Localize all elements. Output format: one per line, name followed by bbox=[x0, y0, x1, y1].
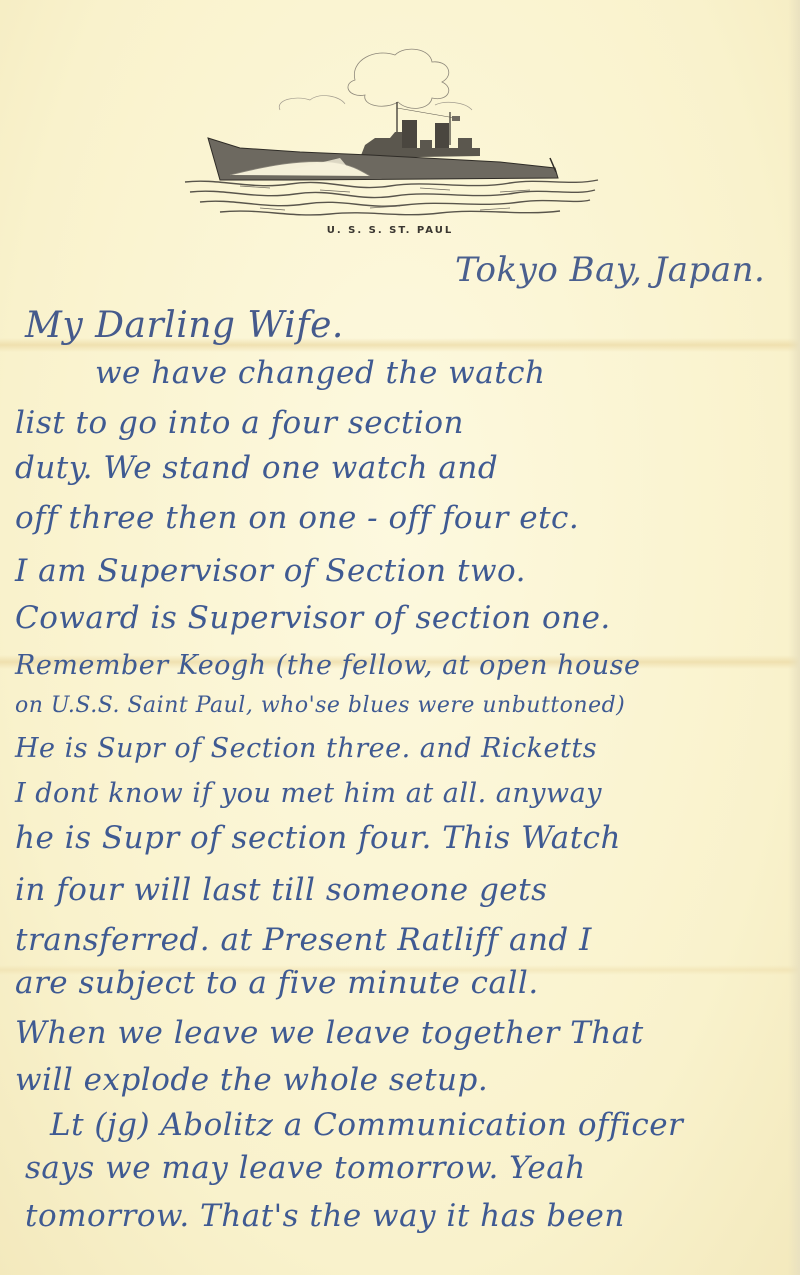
ship-name-caption: U. S. S. ST. PAUL bbox=[180, 225, 600, 236]
letter-line: he is Supr of section four. This Watch bbox=[15, 820, 621, 856]
letter-line: on U.S.S. Saint Paul, who'se blues were … bbox=[15, 693, 625, 718]
letter-line: transferred. at Present Ratliff and I bbox=[15, 922, 592, 958]
letter-line: are subject to a five minute call. bbox=[15, 965, 539, 1001]
letterhead: U. S. S. ST. PAUL bbox=[180, 40, 600, 240]
letter-line: He is Supr of Section three. and Rickett… bbox=[15, 733, 597, 764]
letter-line: will explode the whole setup. bbox=[15, 1062, 488, 1098]
letter-line: Coward is Supervisor of section one. bbox=[15, 600, 611, 636]
letter-line: Lt (jg) Abolitz a Communication officer bbox=[50, 1107, 683, 1143]
letter-line: When we leave we leave together That bbox=[15, 1015, 644, 1051]
letter-line: in four will last till someone gets bbox=[15, 872, 548, 908]
letter-line: says we may leave tomorrow. Yeah bbox=[25, 1150, 586, 1186]
letter-line: list to go into a four section bbox=[15, 405, 464, 441]
letter-line: off three then on one - off four etc. bbox=[15, 500, 579, 536]
letter-line: we have changed the watch bbox=[95, 355, 545, 391]
letter-place: Tokyo Bay, Japan. bbox=[455, 250, 765, 290]
letter-line: I am Supervisor of Section two. bbox=[15, 553, 526, 589]
letter-salutation: My Darling Wife. bbox=[25, 305, 344, 346]
letter-line: tomorrow. That's the way it has been bbox=[25, 1198, 625, 1234]
warship-illustration-icon bbox=[180, 40, 600, 225]
paper-edge bbox=[788, 0, 800, 1275]
letter-line: Remember Keogh (the fellow, at open hous… bbox=[15, 650, 640, 681]
letter-line: duty. We stand one watch and bbox=[15, 450, 498, 486]
letter-line: I dont know if you met him at all. anywa… bbox=[15, 778, 602, 809]
